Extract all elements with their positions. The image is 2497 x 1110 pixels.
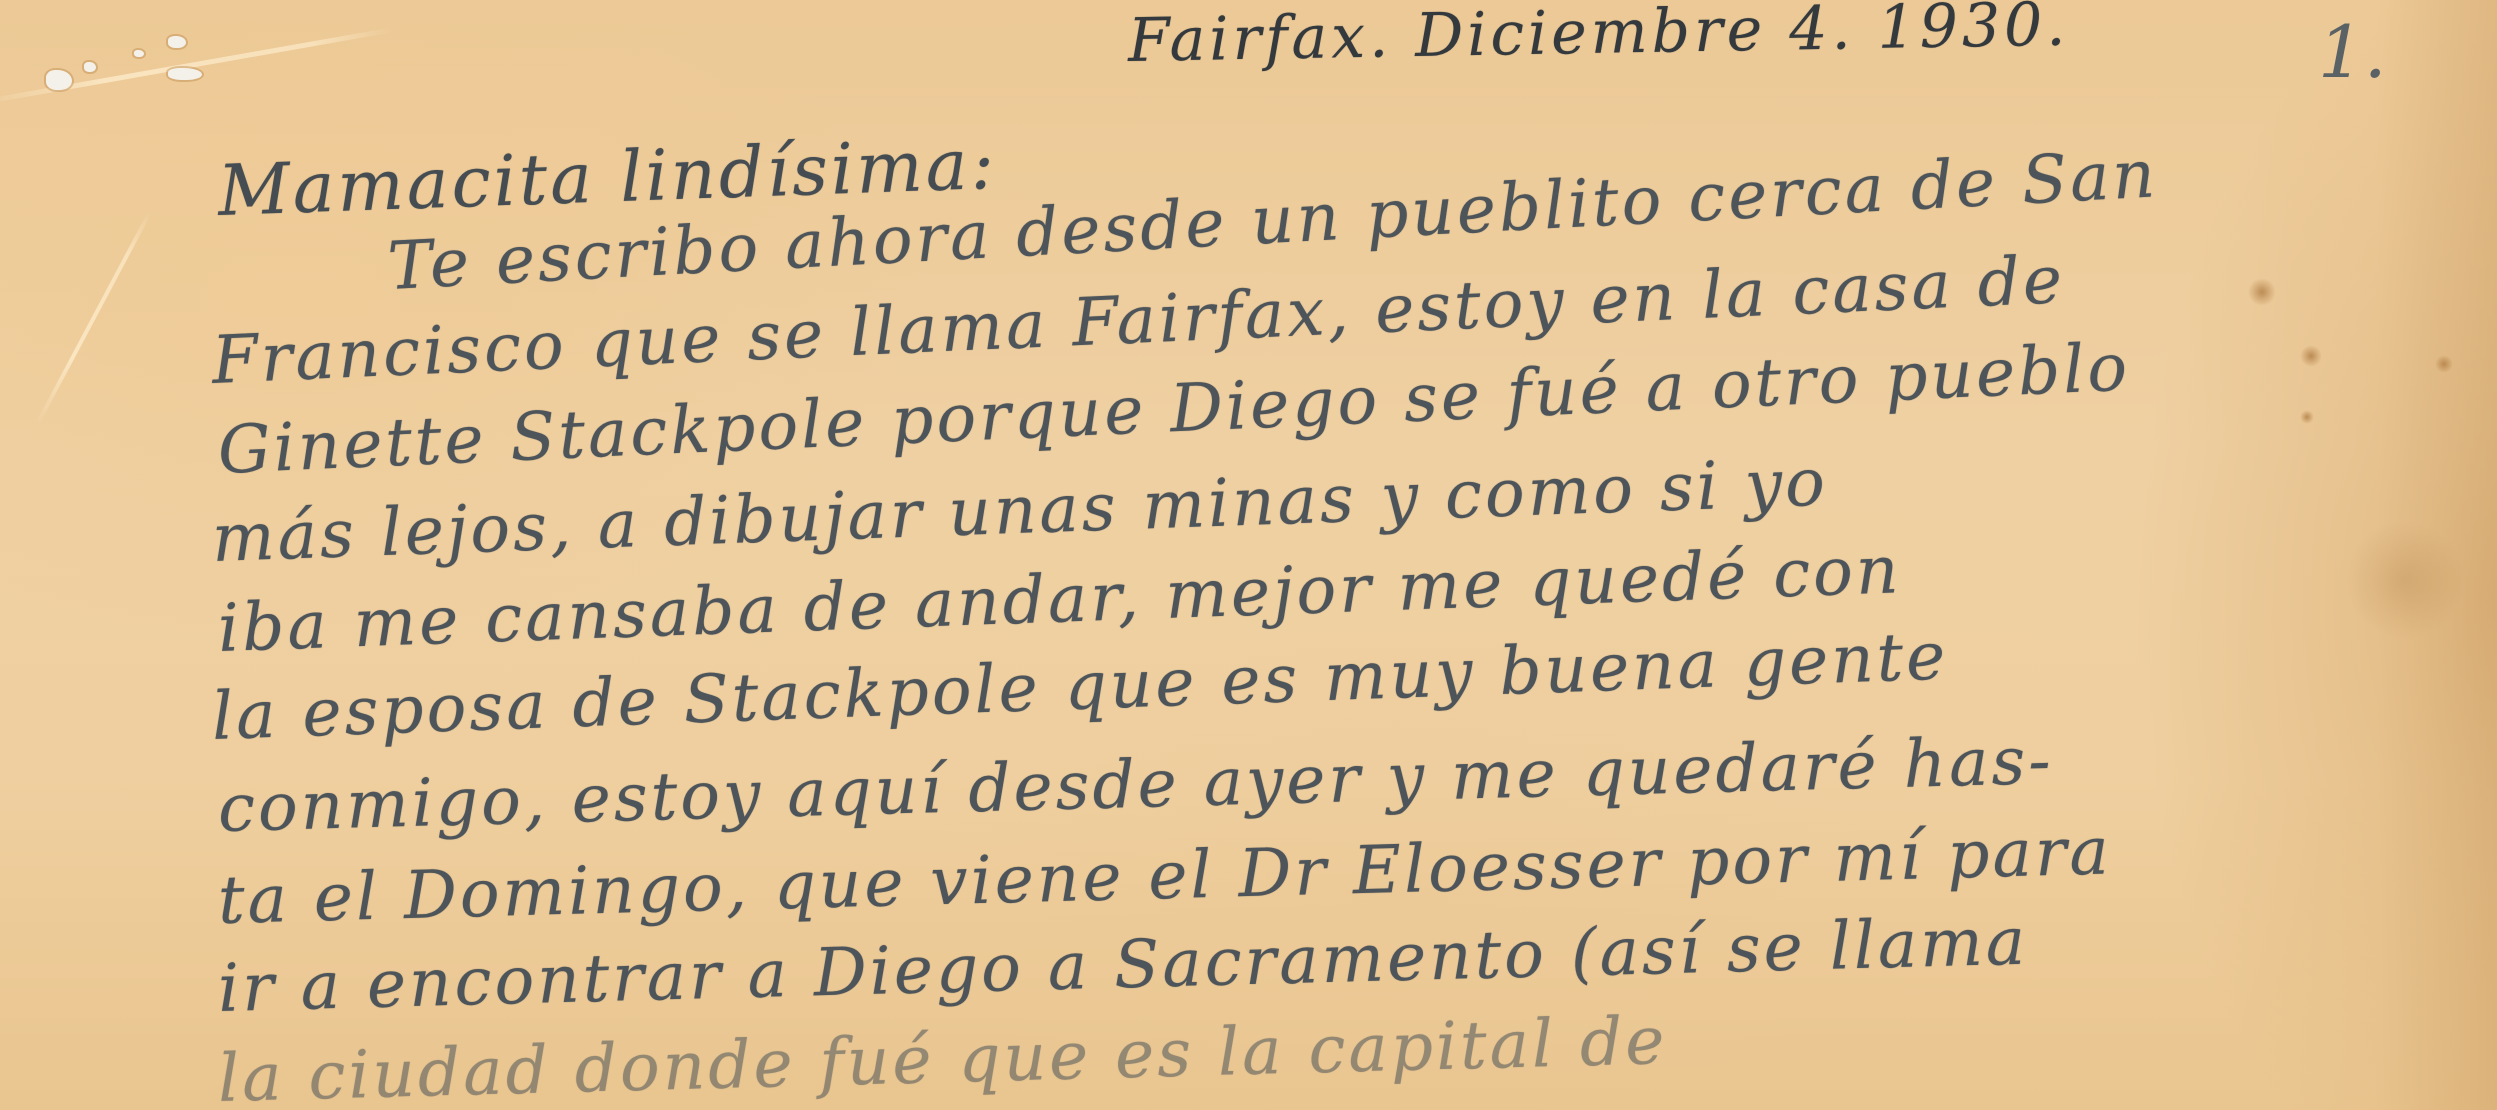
foxing-spot (2300, 410, 2314, 424)
paper-tear-hole (84, 62, 96, 72)
letter-page: Fairfax. Diciembre 4. 1930. 1. Mamacita … (0, 0, 2497, 1110)
foxing-spot (2248, 278, 2276, 306)
paper-fold-crease-secondary (36, 211, 152, 425)
paper-tear-hole (168, 36, 186, 48)
paper-fold-crease (0, 27, 394, 105)
paper-edge-shading (2377, 0, 2497, 1110)
foxing-spot (2300, 345, 2322, 367)
letter-place-date: Fairfax. Diciembre 4. 1930. (1127, 0, 2070, 76)
paper-tear-hole (46, 70, 72, 90)
page-number: 1. (2318, 10, 2387, 94)
paper-tear-hole (134, 50, 144, 57)
paper-tear-hole (168, 68, 202, 80)
